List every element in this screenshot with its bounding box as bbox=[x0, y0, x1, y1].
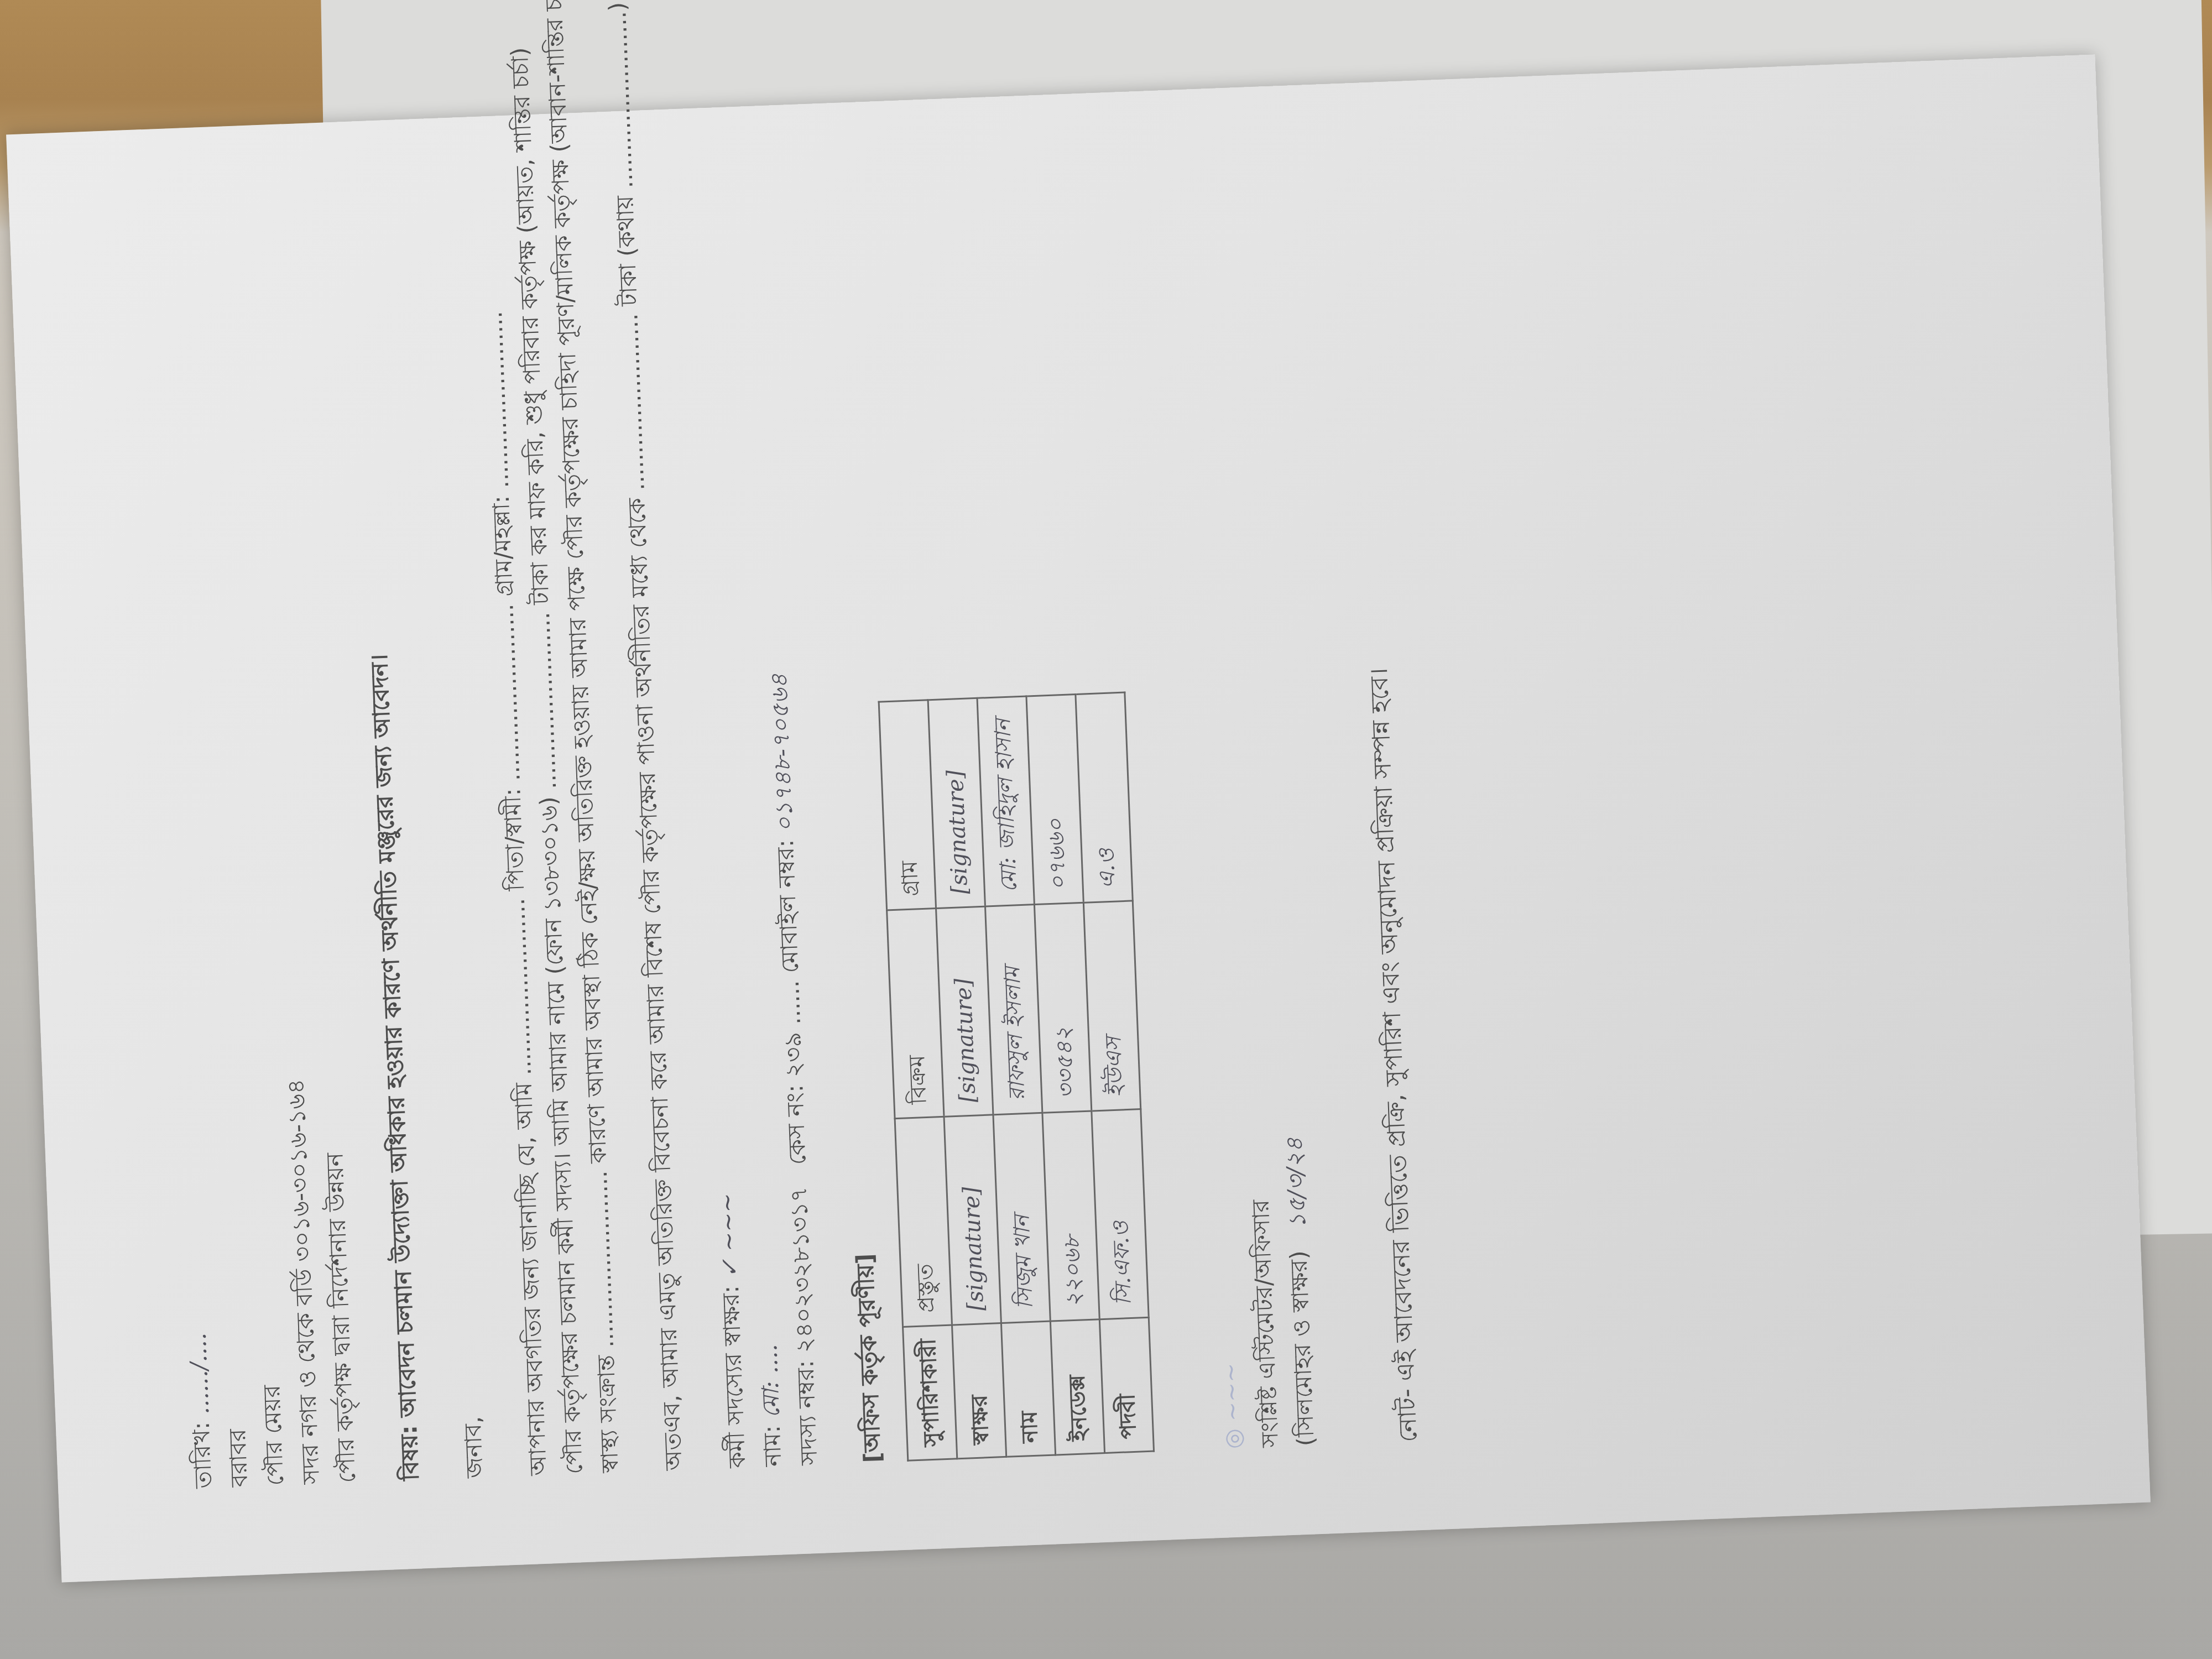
form-paper: তারিখ: ....../.... বরাবর পৌর মেয়র সদর ন… bbox=[6, 54, 2151, 1582]
handwritten-date: ১৫/৩/২৪ bbox=[1280, 1137, 1311, 1229]
officer-table: সুপারিশকারী প্রস্তুত বিক্রম গ্রাম স্বাক্… bbox=[878, 691, 1155, 1462]
table-cell: এ.ও bbox=[1076, 692, 1133, 902]
table-cell: ০৭৬৬০ bbox=[1026, 694, 1083, 904]
mobile-value: ০১৭৪৮-৭০৫৬৪ bbox=[765, 673, 799, 833]
applicant-signature-label: কর্মী সদস্যের স্বাক্ষর: bbox=[717, 1285, 751, 1469]
applicant-name-value: মো: .... bbox=[755, 1344, 785, 1418]
table-cell: রাফসুল ইসলাম bbox=[985, 904, 1042, 1114]
table-cell: [signature] bbox=[944, 1114, 1001, 1324]
table-header-cell: গ্রাম bbox=[879, 700, 936, 910]
applicant-name-label: নাম: bbox=[758, 1425, 787, 1467]
mobile-label: মোবাইল নম্বর: bbox=[771, 839, 804, 973]
authority-block: ◎ ~~~ সংশ্লিষ্ট এস্টিমেটর/অফিসার (সিলমোহ… bbox=[1167, 175, 1323, 1450]
row-label: নাম bbox=[1001, 1321, 1056, 1457]
case-number: কেস নং: ২৩৯ bbox=[779, 1031, 811, 1165]
table-cell: সিজুম খান bbox=[993, 1113, 1050, 1323]
table-cell: ইউএস bbox=[1084, 900, 1141, 1110]
date-label: তারিখ: bbox=[187, 1421, 217, 1489]
table-cell: সি.এফ.ও bbox=[1092, 1109, 1149, 1319]
member-number: সদস্য নম্বর: ২৪০২৩২৮১৩১৭ bbox=[785, 1186, 822, 1465]
form-content: তারিখ: ....../.... বরাবর পৌর মেয়র সদর ন… bbox=[137, 150, 1954, 1489]
table-header-cell: প্রস্তুত bbox=[895, 1117, 952, 1327]
official-stamp: ◎ ~~~ bbox=[1217, 1363, 1247, 1449]
applicant-signature: ✓ ~~~ bbox=[713, 1192, 744, 1279]
table-cell: ২২০৬৮ bbox=[1042, 1111, 1099, 1321]
table-header-cell: সুপারিশকারী bbox=[903, 1325, 957, 1461]
table-cell: ৩৩৫৪২ bbox=[1035, 902, 1092, 1113]
row-label: ইনডেক্স bbox=[1051, 1319, 1105, 1455]
table-cell: [signature] bbox=[928, 698, 985, 908]
row-label: স্বাক্ষর bbox=[952, 1323, 1006, 1459]
footer-note: নোট- এই আবেদনের ভিত্তিতে প্রক্রি, সুপারি… bbox=[1341, 170, 1427, 1443]
seal-note-text: (সিলমোহর ও স্বাক্ষর) bbox=[1285, 1250, 1319, 1447]
table-cell: [signature] bbox=[936, 906, 993, 1117]
table-header-cell: বিক্রম bbox=[887, 908, 944, 1118]
row-label: পদবী bbox=[1100, 1317, 1154, 1453]
table-cell: মো: জাহিদুল হাসান bbox=[977, 696, 1034, 906]
